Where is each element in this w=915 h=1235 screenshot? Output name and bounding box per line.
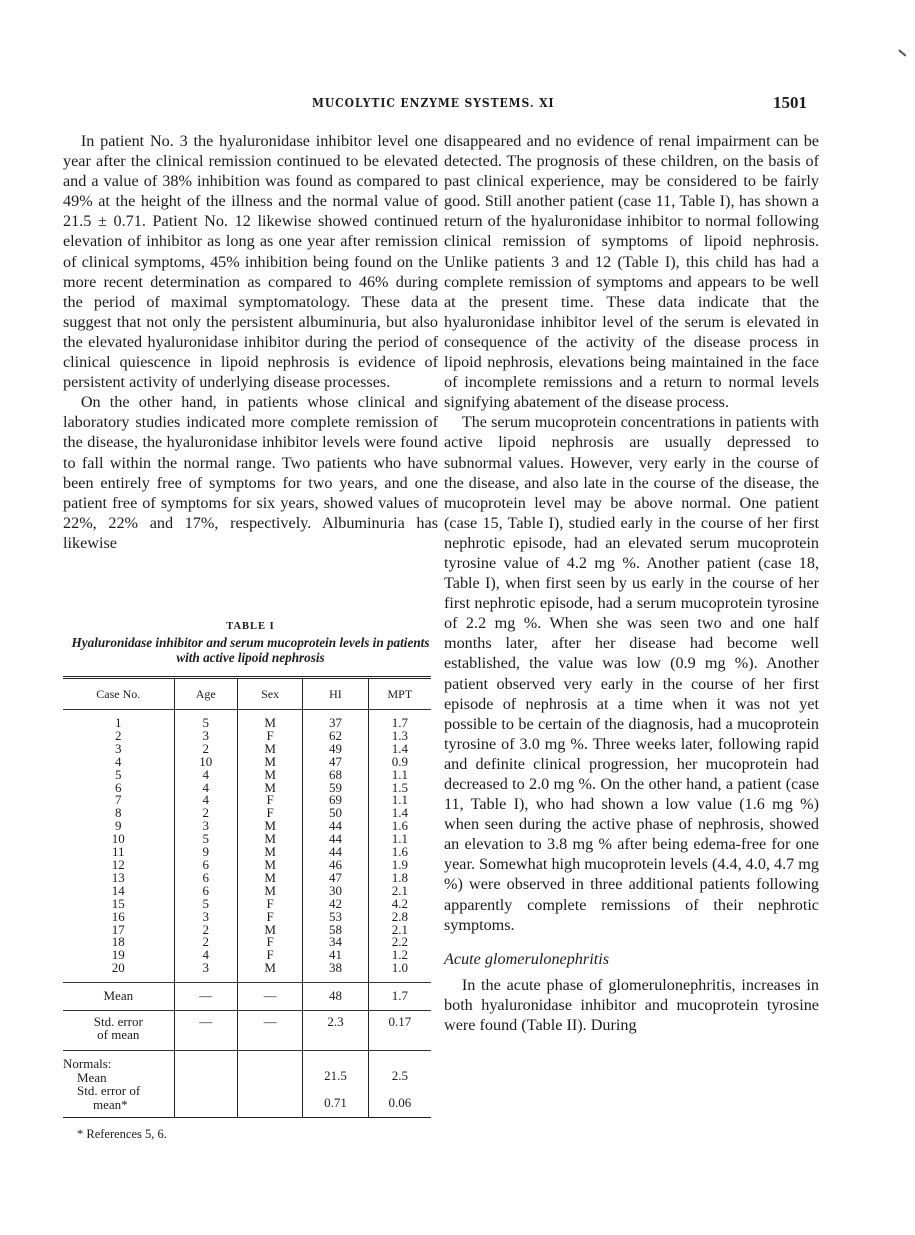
cell: 2.3 (303, 1011, 368, 1051)
left-column: In patient No. 3 the hyaluronidase inhib… (63, 131, 438, 553)
cell: M (237, 962, 302, 982)
cell: 1.0 (368, 962, 431, 982)
page-header: MUCOLYTIC ENZYME SYSTEMS. XI 1501 (0, 95, 915, 115)
data-table: Case No. Age Sex HI MPT 15M371.723F621.3… (63, 676, 431, 1118)
cell-line: 21.5 (303, 1070, 367, 1083)
cell: 3 (174, 962, 237, 982)
cell: 1.7 (368, 710, 431, 730)
column-header-case: Case No. (63, 678, 174, 710)
cell: Normals: Mean Std. error of mean* (63, 1051, 174, 1118)
table-caption: Hyaluronidase inhibitor and serum mucopr… (63, 635, 438, 665)
table-label: TABLE I (63, 621, 438, 632)
cell-line: 0.06 (369, 1097, 431, 1110)
sem-row: Std. error of mean — — 2.3 0.17 (63, 1011, 431, 1051)
cell: 5 (174, 710, 237, 730)
paragraph: In the acute phase of glomerulonephritis… (444, 975, 819, 1035)
cell-line: mean* (63, 1098, 174, 1112)
cell: 1.7 (368, 983, 431, 1011)
cell: 1 (63, 710, 174, 730)
cell-line: Std. error of (63, 1084, 174, 1098)
cell-line: Normals: (63, 1057, 174, 1071)
table-row: 15M371.7 (63, 710, 431, 730)
mean-row: Mean — — 48 1.7 (63, 983, 431, 1011)
cell: 2.5 0.06 (368, 1051, 431, 1118)
cell: — (237, 983, 302, 1011)
running-title: MUCOLYTIC ENZYME SYSTEMS. XI (312, 95, 554, 110)
table-footnote: * References 5, 6. (63, 1127, 438, 1142)
column-header-mpt: MPT (368, 678, 431, 710)
cell: 37 (303, 710, 368, 730)
page-number: 1501 (773, 93, 807, 113)
column-header-age: Age (174, 678, 237, 710)
cell: M (237, 710, 302, 730)
scan-mark (899, 49, 907, 56)
paragraph: In patient No. 3 the hyaluronidase inhib… (63, 131, 438, 392)
column-header-hi: HI (303, 678, 368, 710)
cell: 48 (303, 983, 368, 1011)
cell-line: of mean (63, 1029, 174, 1042)
cell: — (174, 1011, 237, 1051)
table-row: 203M381.0 (63, 962, 431, 982)
column-header-sex: Sex (237, 678, 302, 710)
paragraph: On the other hand, in patients whose cli… (63, 392, 438, 553)
cell (237, 1051, 302, 1118)
paragraph: disappeared and no evidence of renal imp… (444, 131, 819, 412)
normals-row: Normals: Mean Std. error of mean* 21.5 0… (63, 1051, 431, 1118)
table-1: TABLE I Hyaluronidase inhibitor and seru… (63, 621, 438, 1142)
cell: 21.5 0.71 (303, 1051, 368, 1118)
right-column: disappeared and no evidence of renal imp… (444, 131, 819, 1035)
cell: — (174, 983, 237, 1011)
cell-line: Mean (63, 1071, 174, 1085)
cell (174, 1051, 237, 1118)
section-heading: Acute glomerulonephritis (444, 949, 819, 969)
cell-line: 2.5 (369, 1070, 431, 1083)
table-body: 15M371.723F621.332M491.4410M470.954M681.… (63, 710, 431, 983)
cell: Std. error of mean (63, 1011, 174, 1051)
cell-line: 0.71 (303, 1097, 367, 1110)
cell: Mean (63, 983, 174, 1011)
cell: 20 (63, 962, 174, 982)
paragraph: The serum mucoprotein concentrations in … (444, 412, 819, 934)
cell: 38 (303, 962, 368, 982)
cell: 0.17 (368, 1011, 431, 1051)
table-header-row: Case No. Age Sex HI MPT (63, 678, 431, 710)
cell: — (237, 1011, 302, 1051)
